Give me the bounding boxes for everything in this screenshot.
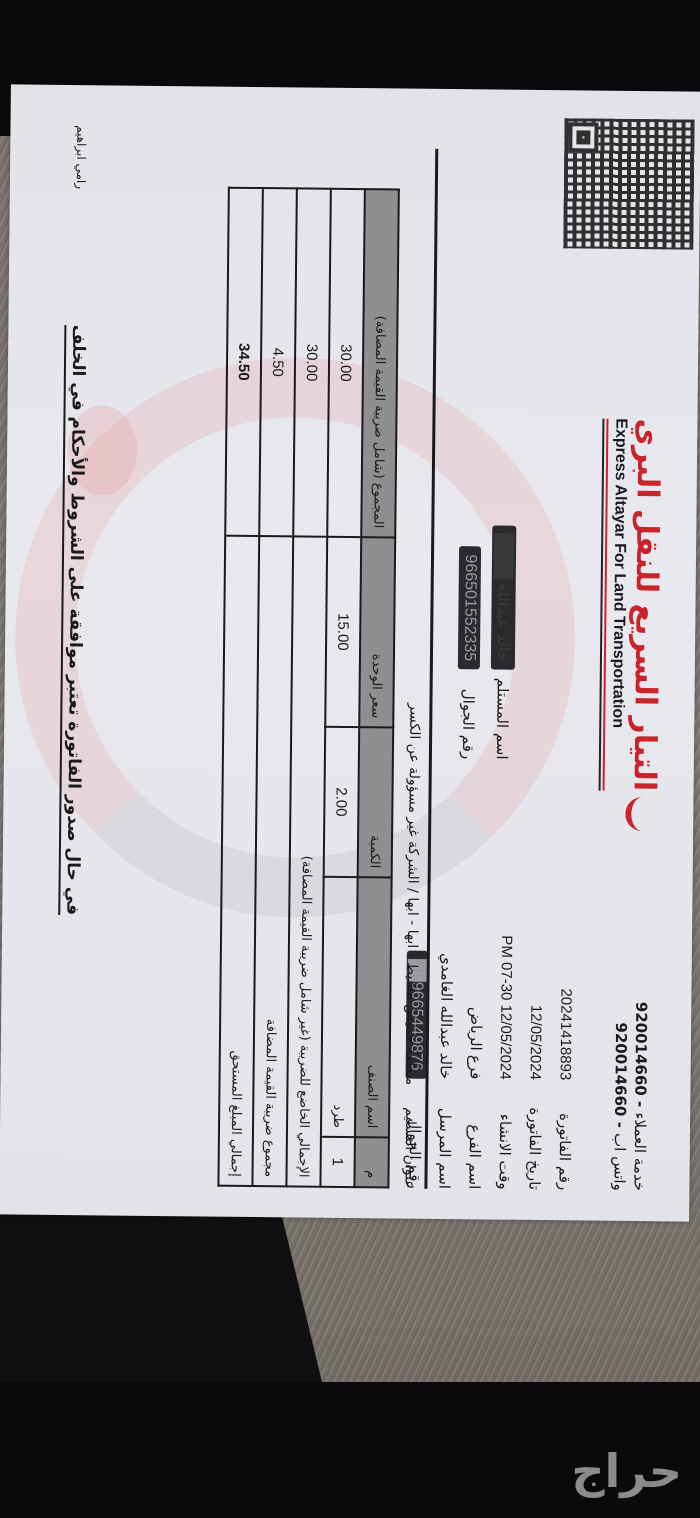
whatsapp-label: واتس اب (610, 1133, 629, 1191)
meta-value: فرع الرياض (467, 819, 488, 1079)
terms-note: في حال صدور الفاتورة تعتبر موافقة على ال… (58, 325, 88, 916)
delivery-address-label: عنوان التسليم (401, 1107, 418, 1189)
company-name-ar: التيار السريع للنقل البري (626, 418, 666, 791)
haraj-watermark-logo: حراج (571, 1444, 682, 1498)
meta-value: خالد عبدالله الغامدي (437, 819, 458, 1079)
meta-value: 20241418893 (557, 820, 577, 1080)
logo-mark-icon (625, 797, 655, 831)
cell-total: 30.00 (327, 189, 365, 537)
customer-service-number: 920014660 (631, 1002, 650, 1096)
customer-service-label: خدمة العملاء (630, 1112, 649, 1191)
recipient-phone: 966501552335 (458, 546, 481, 669)
col-item: اسم الصنف (355, 877, 392, 1137)
redacted-recipient-name: خالد عبدالله ████ (491, 525, 517, 669)
cell-item: طرد (321, 877, 358, 1137)
qr-code (563, 118, 694, 249)
signature: رامي ابراهيم (74, 125, 89, 189)
meta-label: وقت الانشاء (495, 1080, 514, 1190)
contact-block: خدمة العملاء - 920014660 واتس اب - 92001… (609, 1002, 651, 1192)
col-unit-price: سعر الوحدة (359, 537, 395, 727)
col-index: م (354, 1137, 389, 1187)
summary-label: الإجمالي الخاضع للضريبة (غير شامل ضريبة … (286, 536, 327, 1186)
col-quantity: الكمية (358, 727, 394, 877)
meta-invoice-number: رقم الفاتورة 20241418893 (549, 820, 583, 1190)
recipient-phone-row: رقم الجوال 966501552335 (451, 525, 487, 760)
recipient-block: اسم المستلم خالد عبدالله ████ رقم الجوال… (451, 525, 521, 760)
meta-label: اسم الفرع (465, 1079, 484, 1189)
recipient-label: اسم المستلم (493, 670, 512, 760)
whatsapp-line: واتس اب - 920014660 (609, 1002, 631, 1191)
summary-value: 30.00 (293, 188, 331, 536)
cell-index: 1 (320, 1137, 355, 1187)
summary-value: 34.50 (225, 188, 263, 536)
summary-label: إجمالي المبلغ المستحق (218, 536, 259, 1186)
customer-service-line: خدمة العملاء - 920014660 (629, 1002, 651, 1191)
meta-label: تاريخ الفاتورة (525, 1080, 544, 1190)
meta-value: 12/05/2024 07-30 PM (497, 820, 517, 1080)
invoice-paper: خدمة العملاء - 920014660 واتس اب - 92001… (0, 84, 700, 1221)
cell-quantity: 2.00 (324, 727, 360, 877)
meta-label: رقم الفاتورة (555, 1080, 574, 1190)
recipient-name-row: اسم المستلم خالد عبدالله ████ (485, 525, 521, 760)
summary-value: 4.50 (259, 188, 297, 536)
meta-sender-name: اسم المرسل خالد عبدالله الغامدي (429, 819, 463, 1189)
whatsapp-number: 920014660 (611, 1022, 630, 1116)
meta-invoice-date: تاريخ الفاتورة 12/05/2024 (519, 820, 553, 1190)
cell-unit-price: 15.00 (325, 537, 361, 727)
logo-underline (599, 418, 609, 791)
items-table: م اسم الصنف الكمية سعر الوحدة المجموع (ش… (217, 187, 399, 1189)
summary-label: مجموع ضريبة القيمة المضافة (252, 536, 293, 1186)
meta-branch: اسم الفرع فرع الرياض (459, 819, 493, 1189)
col-total: المجموع (شامل ضريبة القيمة المضافة) (361, 189, 399, 537)
meta-value: 12/05/2024 (527, 820, 547, 1080)
recipient-label: رقم الجوال (459, 669, 478, 759)
company-logo: التيار السريع للنقل البري Express Altaya… (599, 418, 666, 791)
meta-created-time: وقت الانشاء 12/05/2024 07-30 PM (489, 820, 523, 1190)
meta-label: اسم المرسل (435, 1079, 454, 1189)
